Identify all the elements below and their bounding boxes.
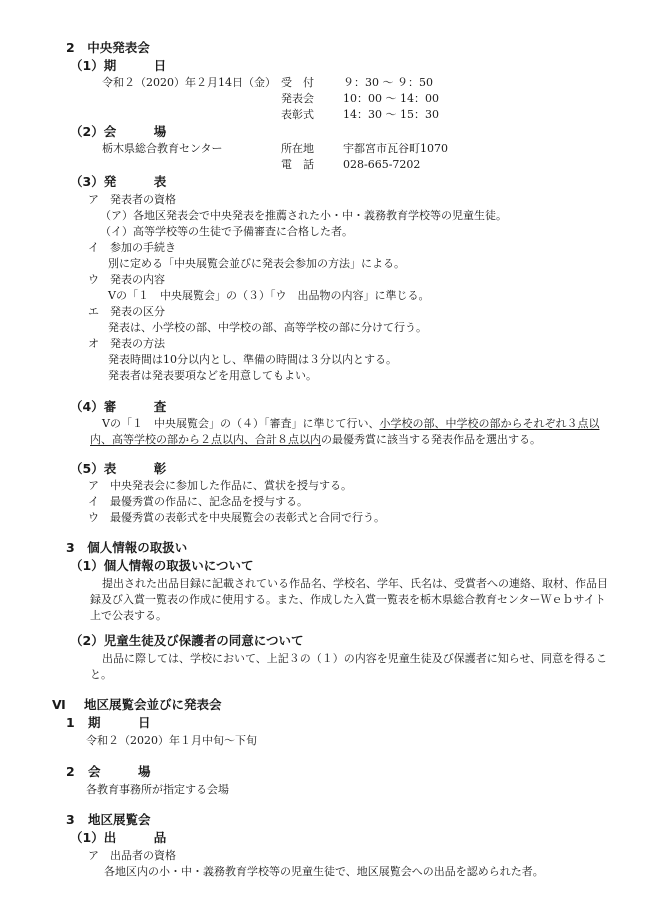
item-e-heading: エ 発表の区分: [88, 304, 165, 320]
item-i-line-1: 別に定める「中央展覧会並びに発表会参加の方法」による。: [108, 256, 405, 272]
subheading-judging: （4）審 査: [70, 399, 166, 415]
item-o-heading: オ 発表の方法: [88, 336, 165, 352]
event-date: 令和２（2020）年２月14日（金）: [102, 75, 276, 91]
subheading-awards: （5）表 彰: [70, 461, 166, 477]
regional-date: 令和２（2020）年１月中旬〜下旬: [86, 733, 257, 749]
schedule-label-presentation: 発表会: [281, 91, 314, 107]
personal-info-line-2: 録及び入賞一覧表の作成に使用する。また、作成した入賞一覧表を栃木県総合教育センタ…: [90, 592, 606, 608]
item-a-line-1: （ア）各地区発表会で中央発表を推薦された小・中・義務教育学校等の児童生徒。: [100, 208, 507, 224]
address-label: 所在地: [281, 141, 314, 157]
subheading-consent: （2）児童生徒及び保護者の同意について: [70, 633, 303, 649]
regional-venue: 各教育事務所が指定する会場: [86, 782, 229, 798]
judging-line-2: 内、高等学校の部から２点以内、合計８点以内の最優秀賞に該当する発表作品を選出する…: [90, 432, 541, 448]
judging-line-1: Ⅴの「１ 中央展覧会」の（４）「審査」に準じて行い、小学校の部、中学校の部からそ…: [102, 416, 599, 432]
item-u-heading: ウ 発表の内容: [88, 272, 165, 288]
chapter-heading-regional: 地区展覧会並びに発表会: [84, 697, 222, 713]
regional-sub1-heading: 期 日: [88, 715, 151, 731]
phone-value: 028-665-7202: [343, 157, 420, 173]
schedule-label-awards: 表彰式: [281, 107, 314, 123]
consent-line-1: 出品に際しては、学校において、上記３の（１）の内容を児童生徒及び保護者に知らせ、…: [102, 651, 607, 667]
schedule-time-presentation: 10：00 〜 14：00: [343, 91, 439, 107]
judging-underlined-1: 小学校の部、中学校の部からそれぞれ３点以: [379, 417, 599, 430]
item-u-line-1: Ⅴの「１ 中央展覧会」の（３）「ウ 出品物の内容」に準じる。: [108, 288, 429, 304]
regional-sub3-num: 3: [66, 812, 75, 828]
award-item-a: ア 中央発表会に参加した作品に、賞状を授与する。: [88, 478, 352, 494]
venue-name: 栃木県総合教育センター: [102, 141, 223, 157]
item-a-heading: ア 発表者の資格: [88, 192, 176, 208]
section-heading-central-presentation: 2 中央発表会: [66, 40, 150, 56]
address-value: 宇都宮市瓦谷町1070: [343, 141, 448, 157]
regional-sub2-num: 2: [66, 764, 75, 780]
subheading-entries: （1）出 品: [70, 830, 166, 846]
regional-sub1-num: 1: [66, 715, 75, 731]
regional-sub2-heading: 会 場: [88, 764, 151, 780]
entries-item-a-text: 各地区内の小・中・義務教育学校等の児童生徒で、地区展覧会への出品を認められた者。: [104, 864, 544, 880]
judging-underlined-2: 内、高等学校の部から２点以内、合計８点以内: [90, 433, 321, 446]
schedule-time-awards: 14：30 〜 15：30: [343, 107, 439, 123]
subheading-venue: （2）会 場: [70, 124, 166, 140]
subheading-personal-info-handling: （1）個人情報の取扱いについて: [70, 558, 253, 574]
subheading-date: （1）期 日: [70, 58, 166, 74]
subheading-presentation: （3）発 表: [70, 174, 166, 190]
section-heading-personal-info: 3 個人情報の取扱い: [66, 540, 187, 556]
schedule-time-reception: ９：30 〜 ９：50: [343, 75, 433, 91]
award-item-i: イ 最優秀賞の作品に、記念品を授与する。: [88, 494, 308, 510]
award-item-u: ウ 最優秀賞の表彰式を中央展覧会の表彰式と合同で行う。: [88, 510, 385, 526]
schedule-label-reception: 受 付: [281, 75, 314, 91]
item-e-line-1: 発表は、小学校の部、中学校の部、高等学校の部に分けて行う。: [108, 320, 427, 336]
consent-line-2: と。: [90, 667, 112, 683]
document-page: 2 中央発表会 （1）期 日 令和２（2020）年２月14日（金） 受 付 ９：…: [0, 0, 646, 914]
personal-info-line-3: 上で公表する。: [90, 608, 167, 624]
item-o-line-2: 発表者は発表要項などを用意してもよい。: [108, 368, 317, 384]
personal-info-line-1: 提出された出品目録に記載されている作品名、学校名、学年、氏名は、受賞者への連絡、…: [102, 576, 608, 592]
regional-sub3-heading: 地区展覧会: [88, 812, 151, 828]
phone-label: 電 話: [281, 157, 314, 173]
item-o-line-1: 発表時間は10分以内とし、準備の時間は３分以内とする。: [108, 352, 397, 368]
entries-item-a-heading: ア 出品者の資格: [88, 848, 176, 864]
item-a-line-2: （イ）高等学校等の生徒で予備審査に合格した者。: [100, 224, 353, 240]
item-i-heading: イ 参加の手続き: [88, 240, 176, 256]
chapter-numeral: Ⅵ: [52, 697, 66, 713]
